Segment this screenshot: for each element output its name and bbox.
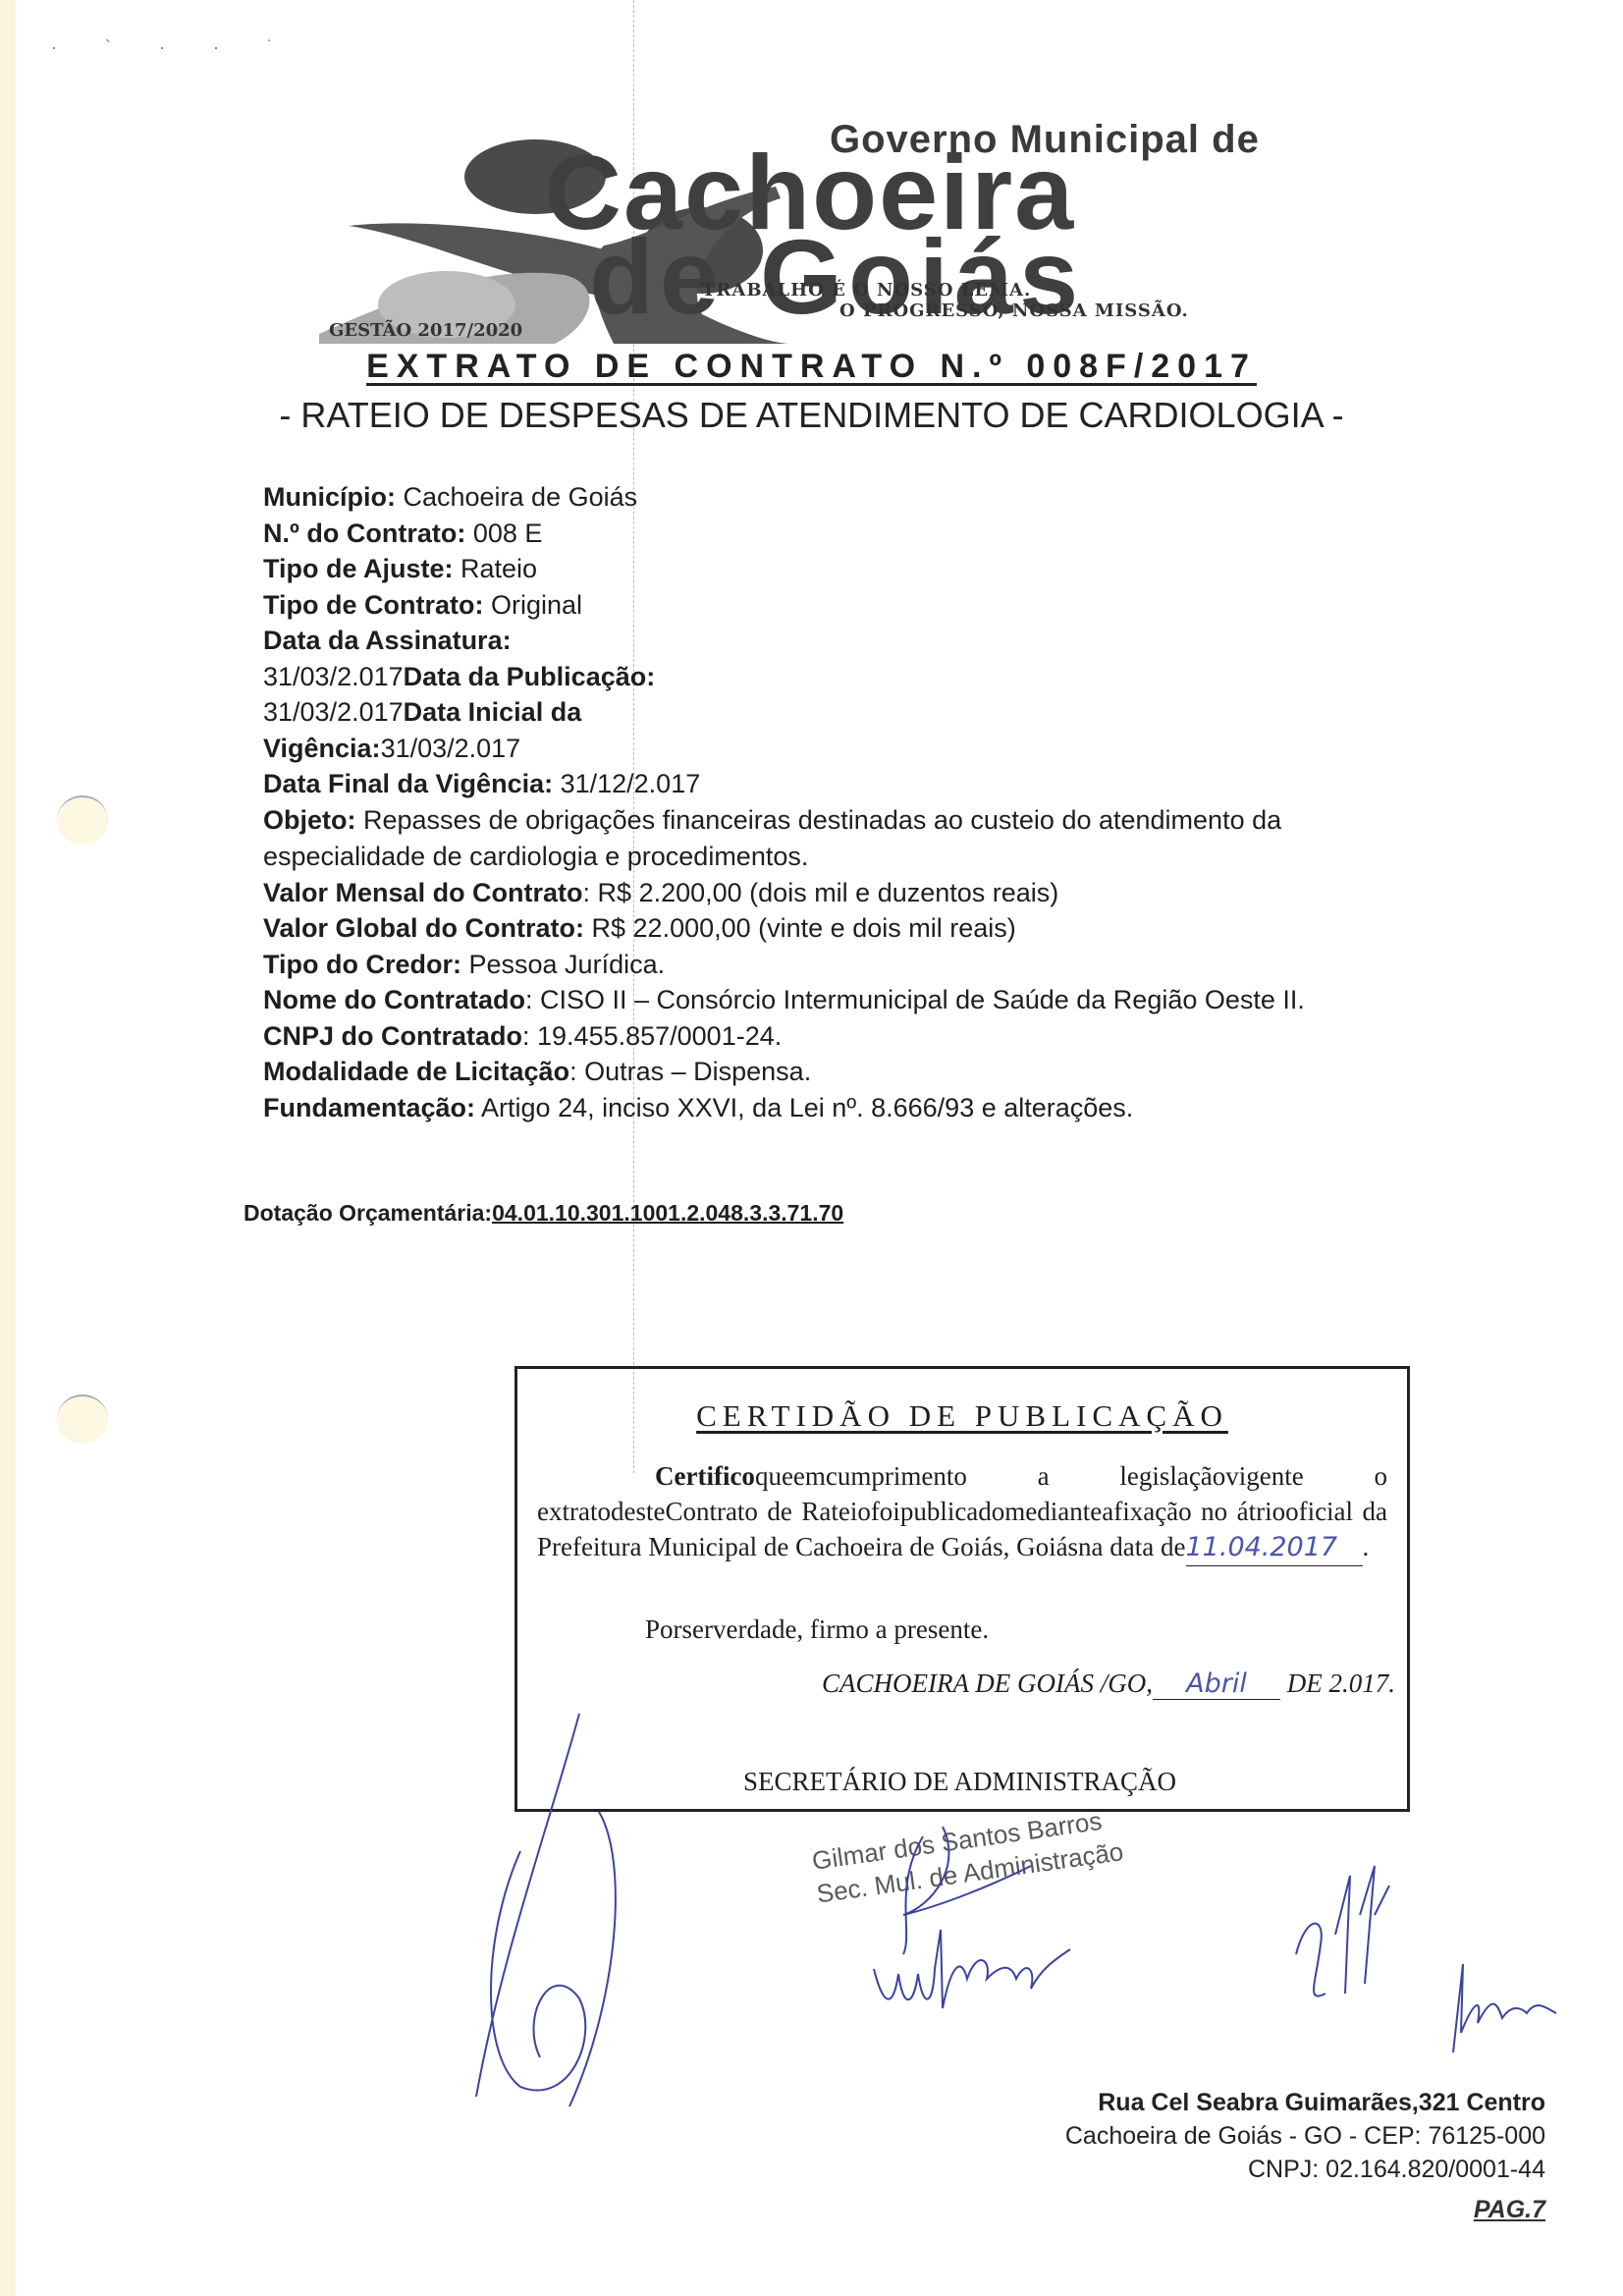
contract-fields: Município: Cachoeira de Goiás N.º do Con…	[263, 479, 1441, 1125]
field-assinatura-publicacao: 31/03/2.017Data da Publicação:	[263, 659, 1441, 695]
certidao-title: CERTIDÃO DE PUBLICAÇÃO	[517, 1398, 1407, 1434]
footer-address: Rua Cel Seabra Guimarães,321 Centro Cach…	[1065, 2086, 1545, 2186]
certidao-body: Certificoqueemcumprimento a legislaçãovi…	[537, 1458, 1387, 1566]
field-modalidade: Modalidade de Licitação: Outras – Dispen…	[263, 1054, 1441, 1090]
field-credor: Tipo do Credor: Pessoa Jurídica.	[263, 947, 1441, 983]
signature-g-icon	[1276, 1856, 1404, 2013]
scan-specks: · ` · · ˙	[51, 37, 295, 58]
field-objeto: Objeto: Repasses de obrigações financeir…	[263, 802, 1441, 875]
certidao-signatory: SECRETÁRIO DE ADMINISTRAÇÃO	[743, 1767, 1176, 1797]
handwritten-date: 11.04.2017	[1186, 1532, 1338, 1562]
document-title: EXTRATO DE CONTRATO N.º 008F/2017	[0, 348, 1623, 386]
field-valor-global: Valor Global do Contrato: R$ 22.000,00 (…	[263, 910, 1441, 947]
punch-hole	[57, 795, 108, 845]
term-label: GESTÃO 2017/2020	[329, 320, 522, 341]
field-vigencia-inicial: Vigência:31/03/2.017	[263, 731, 1441, 767]
footer-cnpj: CNPJ: 02.164.820/0001-44	[1065, 2153, 1545, 2186]
page-number: PAG.7	[1474, 2196, 1545, 2224]
paper-edge	[0, 0, 16, 2296]
field-tipo-contrato: Tipo de Contrato: Original	[263, 587, 1441, 624]
signature-albano-icon	[1443, 1954, 1571, 2062]
field-fundamentacao: Fundamentação: Artigo 24, inciso XXVI, d…	[263, 1090, 1441, 1126]
field-dotacao: Dotação Orçamentária:04.01.10.301.1001.2…	[243, 1200, 843, 1227]
field-publicacao-inicial: 31/03/2.017Data Inicial da	[263, 694, 1441, 731]
field-valor-mensal: Valor Mensal do Contrato: R$ 2.200,00 (d…	[263, 875, 1441, 911]
footer-street: Rua Cel Seabra Guimarães,321 Centro	[1065, 2086, 1545, 2119]
document-subtitle: - RATEIO DE DESPESAS DE ATENDIMENTO DE C…	[0, 395, 1623, 436]
signature-large-loop-icon	[461, 1704, 658, 2116]
field-vigencia-final: Data Final da Vigência: 31/12/2.017	[263, 766, 1441, 802]
field-municipio: Município: Cachoeira de Goiás	[263, 479, 1441, 516]
punch-hole	[57, 1394, 108, 1444]
field-numero: N.º do Contrato: 008 E	[263, 516, 1441, 552]
motto-line1: TRABALHO É O NOSSO LEMA.	[702, 280, 1031, 301]
handwritten-month: Abril	[1186, 1668, 1247, 1699]
field-contratado: Nome do Contratado: CISO II – Consórcio …	[263, 982, 1441, 1018]
signature-mdsouza-icon	[864, 1920, 1080, 2028]
certidao-place-date: CACHOEIRA DE GOIÁS /GO,Abril DE 2.017.	[822, 1668, 1395, 1700]
field-assinatura-label: Data da Assinatura:	[263, 623, 1441, 659]
motto-line2: O PROGRESSO, NOSSA MISSÃO.	[839, 301, 1189, 321]
field-tipo-ajuste: Tipo de Ajuste: Rateio	[263, 551, 1441, 587]
footer-city: Cachoeira de Goiás - GO - CEP: 76125-000	[1065, 2119, 1545, 2153]
field-cnpj: CNPJ do Contratado: 19.455.857/0001-24.	[263, 1018, 1441, 1055]
certidao-closing: Porserverdade, firmo a presente.	[645, 1614, 989, 1645]
